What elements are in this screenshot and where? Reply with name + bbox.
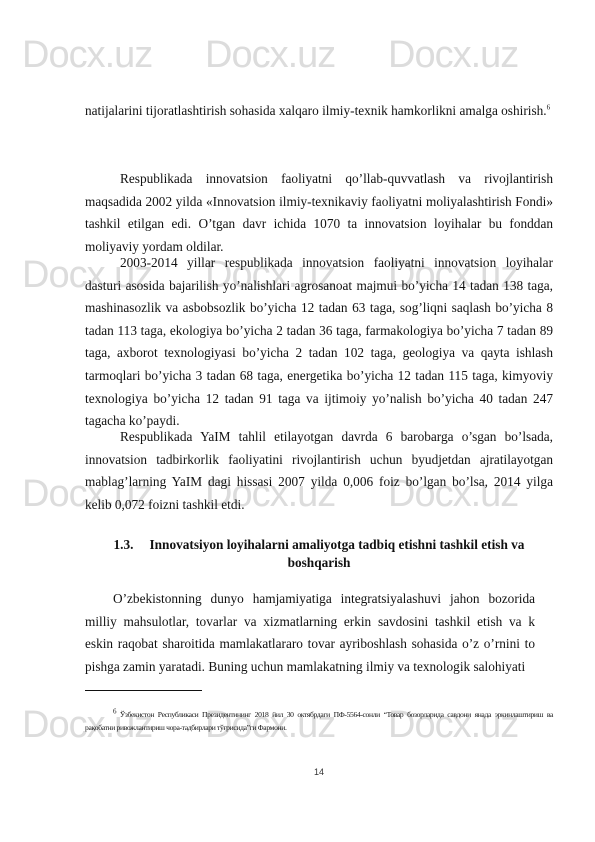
watermark-row: Docx.uzDocx.uzDocx.uz: [0, 35, 595, 75]
section-heading: 1.3.Innovatsiyon loyihalarni amaliyotga …: [85, 536, 553, 572]
footnote-separator: [85, 690, 202, 691]
paragraph-gdp-share: Respublikada YaIM tahlil etilayotgan dav…: [85, 426, 553, 516]
paragraph-integration: O’zbekistonning dunyo hamjamiyatiga inte…: [85, 588, 535, 678]
footnote-text: Ўзбекистон Республикаси Президентининг 2…: [85, 710, 553, 732]
paragraph-project-growth: 2003-2014 yillar respublikada innovatsio…: [85, 252, 553, 433]
section-title: Innovatsiyon loyihalarni amaliyotga tadb…: [149, 537, 524, 570]
paragraph-text: natijalarini tijoratlashtirish sohasida …: [85, 103, 547, 118]
watermark-text: Docx.uz: [388, 35, 518, 75]
watermark-text: Docx.uz: [205, 35, 335, 75]
paragraph-line: pishga zamin yaratadi. Buning uchun maml…: [85, 656, 535, 679]
watermark-text: Docx.uz: [22, 35, 152, 75]
page-number: 14: [85, 767, 553, 777]
footnote-number: 6: [113, 707, 116, 715]
paragraph-innovation-fund: Respublikada innovatsion faoliyatni qo’l…: [85, 168, 553, 258]
paragraph-line: eskin raqobat sharoitida mamlakatlararo …: [85, 633, 535, 656]
footnote-reference[interactable]: 6: [547, 104, 551, 112]
paragraph-line: milliy mahsulotlar, tovarlar va xizmatla…: [85, 611, 535, 634]
paragraph-continuation: natijalarini tijoratlashtirish sohasida …: [85, 100, 553, 123]
footnote: 6 Ўзбекистон Республикаси Президентининг…: [85, 708, 553, 734]
paragraph-line: O’zbekistonning dunyo hamjamiyatiga inte…: [85, 588, 535, 611]
section-number: 1.3.: [114, 536, 134, 554]
